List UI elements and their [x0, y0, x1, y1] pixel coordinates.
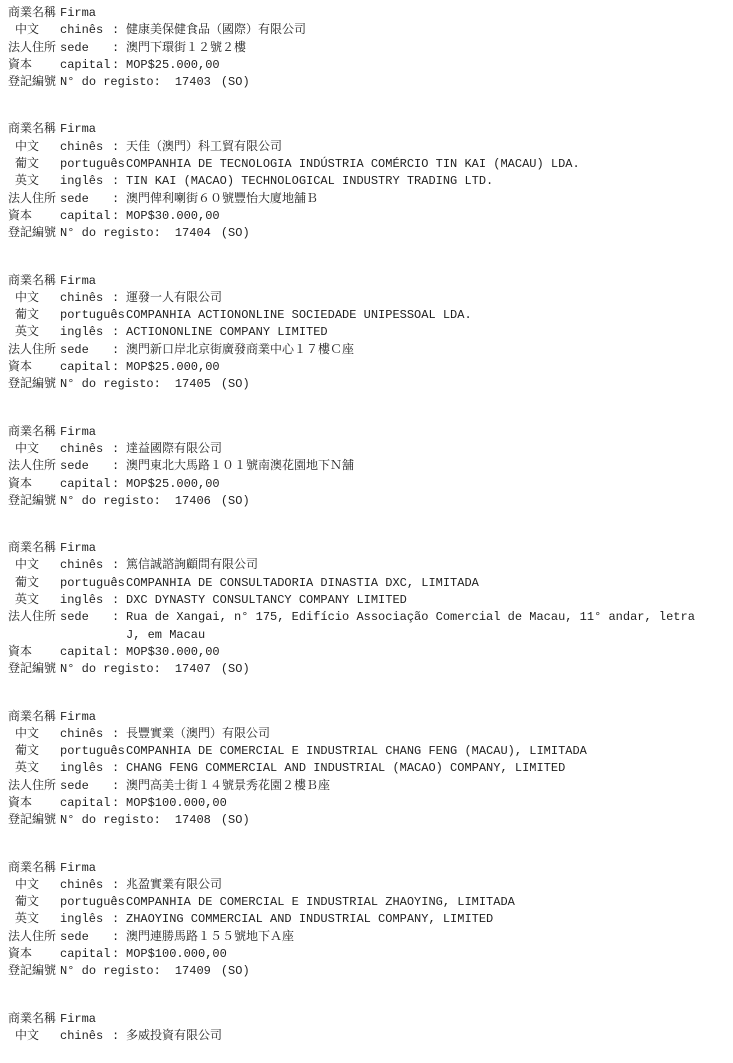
portuguese-label-pt: português: [60, 575, 112, 592]
english-name-value: CHANG FENG COMMERCIAL AND INDUSTRIAL (MA…: [126, 760, 565, 777]
firma-label-zh: 商業名稱: [8, 1011, 60, 1028]
capital-label-zh: 資本: [8, 208, 60, 225]
field-row-english-name: 英文 inglês : CHANG FENG COMMERCIAL AND IN…: [8, 760, 725, 777]
capital-label-zh: 資本: [8, 57, 60, 74]
address-label-pt: sede: [60, 40, 112, 57]
field-row-capital: 資本 capital : MOP$100.000,00: [8, 795, 725, 812]
chinese-name-value: 多威投資有限公司: [126, 1028, 222, 1045]
chinese-label-zh: 中文: [8, 726, 60, 743]
registry-entry: 商業名稱 Firma 中文 chinês : 運發一人有限公司 葡文 portu…: [8, 273, 725, 394]
chinese-label-pt: chinês: [60, 877, 112, 894]
english-label-zh: 英文: [8, 760, 60, 777]
english-label-pt: inglês: [60, 760, 112, 777]
field-row-chinese-name: 中文 chinês : 長豐實業（澳門）有限公司: [8, 726, 725, 743]
field-row-registration: 登記編號 N° do registo: 17405 (SO): [8, 376, 725, 393]
registration-label-pt: N° do registo:: [60, 963, 161, 980]
portuguese-label-pt: português: [60, 743, 112, 760]
capital-label-pt: capital: [60, 476, 112, 493]
chinese-label-zh: 中文: [8, 139, 60, 156]
portuguese-name-value: COMPANHIA DE COMERCIAL E INDUSTRIAL ZHAO…: [126, 894, 515, 911]
field-row-portuguese-name: 葡文 português : COMPANHIA DE CONSULTADORI…: [8, 575, 725, 592]
field-row-capital: 資本 capital : MOP$30.000,00: [8, 644, 725, 661]
chinese-label-zh: 中文: [8, 22, 60, 39]
address-label-zh: 法人住所: [8, 778, 60, 795]
address-label-zh: 法人住所: [8, 929, 60, 946]
field-row-firma: 商業名稱 Firma: [8, 709, 725, 726]
chinese-label-pt: chinês: [60, 290, 112, 307]
separator: :: [112, 359, 120, 376]
field-row-firma: 商業名稱 Firma: [8, 540, 725, 557]
separator: :: [112, 894, 120, 911]
english-label-zh: 英文: [8, 592, 60, 609]
chinese-label-pt: chinês: [60, 441, 112, 458]
address-label-zh: 法人住所: [8, 191, 60, 208]
separator: :: [112, 929, 120, 946]
field-row-firma: 商業名稱 Firma: [8, 860, 725, 877]
portuguese-name-value: COMPANHIA DE TECNOLOGIA INDÚSTRIA COMÉRC…: [126, 156, 580, 173]
field-row-chinese-name: 中文 chinês : 達益國際有限公司: [8, 441, 725, 458]
separator: :: [112, 877, 120, 894]
address-value: 澳門高美士街１４號景秀花園２樓Ｂ座: [126, 778, 330, 795]
english-label-zh: 英文: [8, 173, 60, 190]
registration-label-zh: 登記編號: [8, 661, 56, 678]
field-row-chinese-name: 中文 chinês : 兆盈實業有限公司: [8, 877, 725, 894]
registration-label-pt: N° do registo:: [60, 661, 161, 678]
address-value: 澳門新口岸北京街廣發商業中心１７樓Ｃ座: [126, 342, 354, 359]
separator: :: [112, 40, 120, 57]
separator: :: [112, 778, 120, 795]
portuguese-label-pt: português: [60, 156, 112, 173]
firma-label-pt: Firma: [60, 121, 112, 138]
portuguese-label-zh: 葡文: [8, 743, 60, 760]
separator: :: [112, 441, 120, 458]
address-value: 澳門俾利喇街６０號豐怡大廈地舖Ｂ: [126, 191, 318, 208]
field-row-portuguese-name: 葡文 português : COMPANHIA DE COMERCIAL E …: [8, 743, 725, 760]
firma-label-pt: Firma: [60, 5, 112, 22]
address-label-zh: 法人住所: [8, 458, 60, 475]
registration-suffix: (SO): [221, 493, 250, 510]
field-row-chinese-name: 中文 chinês : 健康美保健食品（國際）有限公司: [8, 22, 725, 39]
separator: :: [112, 592, 120, 609]
english-label-pt: inglês: [60, 173, 112, 190]
registry-entry: 商業名稱 Firma 中文 chinês : 達益國際有限公司 法人住所 sed…: [8, 424, 725, 510]
separator: :: [112, 290, 120, 307]
registration-label-zh: 登記編號: [8, 74, 56, 91]
address-value: 澳門東北大馬路１０１號南澳花園地下Ｎ舖: [126, 458, 354, 475]
field-row-address: 法人住所 sede : 澳門東北大馬路１０１號南澳花園地下Ｎ舖: [8, 458, 725, 475]
field-row-capital: 資本 capital : MOP$25.000,00: [8, 476, 725, 493]
address-label-zh: 法人住所: [8, 609, 60, 626]
separator: :: [112, 946, 120, 963]
capital-label-zh: 資本: [8, 359, 60, 376]
separator: :: [112, 57, 120, 74]
address-label-zh: 法人住所: [8, 40, 60, 57]
capital-label-pt: capital: [60, 57, 112, 74]
firma-label-zh: 商業名稱: [8, 860, 60, 877]
field-row-registration: 登記編號 N° do registo: 17408 (SO): [8, 812, 725, 829]
separator: :: [112, 191, 120, 208]
firma-label-zh: 商業名稱: [8, 273, 60, 290]
firma-label-zh: 商業名稱: [8, 5, 60, 22]
portuguese-label-pt: português: [60, 894, 112, 911]
address-label-zh: 法人住所: [8, 342, 60, 359]
field-row-chinese-name: 中文 chinês : 多威投資有限公司: [8, 1028, 725, 1045]
capital-label-zh: 資本: [8, 795, 60, 812]
field-row-address: 法人住所 sede : Rua de Xangai, n° 175, Edifí…: [8, 609, 725, 644]
capital-label-zh: 資本: [8, 476, 60, 493]
portuguese-label-zh: 葡文: [8, 575, 60, 592]
field-row-address: 法人住所 sede : 澳門俾利喇街６０號豐怡大廈地舖Ｂ: [8, 191, 725, 208]
chinese-label-zh: 中文: [8, 441, 60, 458]
portuguese-label-zh: 葡文: [8, 307, 60, 324]
separator: :: [112, 476, 120, 493]
firma-label-pt: Firma: [60, 424, 112, 441]
chinese-label-pt: chinês: [60, 139, 112, 156]
registry-entry: 商業名稱 Firma 中文 chinês : 兆盈實業有限公司 葡文 portu…: [8, 860, 725, 981]
chinese-label-zh: 中文: [8, 290, 60, 307]
firma-label-pt: Firma: [60, 540, 112, 557]
field-row-firma: 商業名稱 Firma: [8, 5, 725, 22]
separator: :: [112, 307, 120, 324]
field-row-capital: 資本 capital : MOP$100.000,00: [8, 946, 725, 963]
registration-number: 17404: [175, 225, 211, 242]
field-row-registration: 登記編號 N° do registo: 17409 (SO): [8, 963, 725, 980]
field-row-english-name: 英文 inglês : ZHAOYING COMMERCIAL AND INDU…: [8, 911, 725, 928]
firma-label-pt: Firma: [60, 273, 112, 290]
field-row-chinese-name: 中文 chinês : 天佳（澳門）科工貿有限公司: [8, 139, 725, 156]
chinese-name-value: 運發一人有限公司: [126, 290, 222, 307]
registration-label-zh: 登記編號: [8, 376, 56, 393]
registration-label-pt: N° do registo:: [60, 74, 161, 91]
firma-label-zh: 商業名稱: [8, 709, 60, 726]
separator: :: [112, 609, 120, 626]
english-label-pt: inglês: [60, 324, 112, 341]
registration-suffix: (SO): [221, 963, 250, 980]
chinese-label-pt: chinês: [60, 557, 112, 574]
capital-label-pt: capital: [60, 208, 112, 225]
registration-label-zh: 登記編號: [8, 963, 56, 980]
capital-label-pt: capital: [60, 644, 112, 661]
firma-label-zh: 商業名稱: [8, 121, 60, 138]
capital-label-pt: capital: [60, 946, 112, 963]
field-row-english-name: 英文 inglês : ACTIONONLINE COMPANY LIMITED: [8, 324, 725, 341]
separator: :: [112, 575, 120, 592]
english-label-pt: inglês: [60, 911, 112, 928]
capital-label-pt: capital: [60, 359, 112, 376]
field-row-english-name: 英文 inglês : TIN KAI (MACAO) TECHNOLOGICA…: [8, 173, 725, 190]
registration-suffix: (SO): [221, 376, 250, 393]
field-row-firma: 商業名稱 Firma: [8, 1011, 725, 1028]
registration-number: 17406: [175, 493, 211, 510]
separator: :: [112, 156, 120, 173]
field-row-portuguese-name: 葡文 português : COMPANHIA DE COMERCIAL E …: [8, 894, 725, 911]
registration-label-pt: N° do registo:: [60, 376, 161, 393]
separator: :: [112, 22, 120, 39]
capital-label-zh: 資本: [8, 644, 60, 661]
registration-label-pt: N° do registo:: [60, 225, 161, 242]
field-row-registration: 登記編號 N° do registo: 17404 (SO): [8, 225, 725, 242]
registry-entry: 商業名稱 Firma 中文 chinês : 多威投資有限公司: [8, 1011, 725, 1046]
separator: :: [112, 726, 120, 743]
registration-number: 17407: [175, 661, 211, 678]
separator: :: [112, 911, 120, 928]
field-row-capital: 資本 capital : MOP$25.000,00: [8, 359, 725, 376]
field-row-firma: 商業名稱 Firma: [8, 273, 725, 290]
field-row-firma: 商業名稱 Firma: [8, 121, 725, 138]
capital-label-zh: 資本: [8, 946, 60, 963]
portuguese-name-value: COMPANHIA ACTIONONLINE SOCIEDADE UNIPESS…: [126, 307, 472, 324]
english-name-value: DXC DYNASTY CONSULTANCY COMPANY LIMITED: [126, 592, 407, 609]
registration-suffix: (SO): [221, 661, 250, 678]
field-row-portuguese-name: 葡文 português : COMPANHIA ACTIONONLINE SO…: [8, 307, 725, 324]
capital-value: MOP$100.000,00: [126, 795, 227, 812]
chinese-name-value: 達益國際有限公司: [126, 441, 222, 458]
portuguese-name-value: COMPANHIA DE COMERCIAL E INDUSTRIAL CHAN…: [126, 743, 587, 760]
chinese-label-pt: chinês: [60, 1028, 112, 1045]
registration-number: 17403: [175, 74, 211, 91]
english-label-pt: inglês: [60, 592, 112, 609]
portuguese-name-value: COMPANHIA DE CONSULTADORIA DINASTIA DXC,…: [126, 575, 479, 592]
english-name-value: TIN KAI (MACAO) TECHNOLOGICAL INDUSTRY T…: [126, 173, 493, 190]
portuguese-label-zh: 葡文: [8, 156, 60, 173]
address-label-pt: sede: [60, 929, 112, 946]
address-value: 澳門下環街１２號２樓: [126, 40, 246, 57]
field-row-chinese-name: 中文 chinês : 運發一人有限公司: [8, 290, 725, 307]
field-row-chinese-name: 中文 chinês : 篤信誠諮詢顧問有限公司: [8, 557, 725, 574]
separator: :: [112, 208, 120, 225]
registry-entry: 商業名稱 Firma 中文 chinês : 健康美保健食品（國際）有限公司 法…: [8, 5, 725, 91]
field-row-firma: 商業名稱 Firma: [8, 424, 725, 441]
field-row-capital: 資本 capital : MOP$25.000,00: [8, 57, 725, 74]
separator: :: [112, 760, 120, 777]
english-label-zh: 英文: [8, 911, 60, 928]
field-row-capital: 資本 capital : MOP$30.000,00: [8, 208, 725, 225]
capital-label-pt: capital: [60, 795, 112, 812]
separator: :: [112, 557, 120, 574]
document-page: 商業名稱 Firma 中文 chinês : 健康美保健食品（國際）有限公司 法…: [0, 0, 733, 1045]
registration-label-pt: N° do registo:: [60, 493, 161, 510]
capital-value: MOP$30.000,00: [126, 208, 220, 225]
address-label-pt: sede: [60, 458, 112, 475]
field-row-registration: 登記編號 N° do registo: 17403 (SO): [8, 74, 725, 91]
separator: :: [112, 743, 120, 760]
address-label-pt: sede: [60, 778, 112, 795]
portuguese-label-pt: português: [60, 307, 112, 324]
address-label-pt: sede: [60, 191, 112, 208]
registration-number: 17409: [175, 963, 211, 980]
registration-label-zh: 登記編號: [8, 493, 56, 510]
english-name-value: ZHAOYING COMMERCIAL AND INDUSTRIAL COMPA…: [126, 911, 493, 928]
firma-label-pt: Firma: [60, 860, 112, 877]
field-row-english-name: 英文 inglês : DXC DYNASTY CONSULTANCY COMP…: [8, 592, 725, 609]
separator: :: [112, 795, 120, 812]
registration-suffix: (SO): [221, 812, 250, 829]
chinese-label-pt: chinês: [60, 22, 112, 39]
chinese-name-value: 天佳（澳門）科工貿有限公司: [126, 139, 282, 156]
registration-label-zh: 登記編號: [8, 225, 56, 242]
firma-label-pt: Firma: [60, 709, 112, 726]
registry-entry: 商業名稱 Firma 中文 chinês : 篤信誠諮詢顧問有限公司 葡文 po…: [8, 540, 725, 678]
chinese-label-zh: 中文: [8, 877, 60, 894]
capital-value: MOP$25.000,00: [126, 57, 220, 74]
english-label-zh: 英文: [8, 324, 60, 341]
address-label-pt: sede: [60, 609, 112, 626]
capital-value: MOP$25.000,00: [126, 359, 220, 376]
capital-value: MOP$100.000,00: [126, 946, 227, 963]
chinese-label-pt: chinês: [60, 726, 112, 743]
field-row-address: 法人住所 sede : 澳門連勝馬路１５５號地下Ａ座: [8, 929, 725, 946]
address-label-pt: sede: [60, 342, 112, 359]
registration-number: 17408: [175, 812, 211, 829]
field-row-address: 法人住所 sede : 澳門高美士街１４號景秀花園２樓Ｂ座: [8, 778, 725, 795]
separator: :: [112, 1028, 120, 1045]
english-name-value: ACTIONONLINE COMPANY LIMITED: [126, 324, 328, 341]
field-row-address: 法人住所 sede : 澳門新口岸北京街廣發商業中心１７樓Ｃ座: [8, 342, 725, 359]
registration-label-pt: N° do registo:: [60, 812, 161, 829]
field-row-registration: 登記編號 N° do registo: 17406 (SO): [8, 493, 725, 510]
separator: :: [112, 139, 120, 156]
chinese-name-value: 篤信誠諮詢顧問有限公司: [126, 557, 258, 574]
separator: :: [112, 324, 120, 341]
chinese-label-zh: 中文: [8, 1028, 60, 1045]
registration-suffix: (SO): [221, 74, 250, 91]
firma-label-zh: 商業名稱: [8, 424, 60, 441]
firma-label-zh: 商業名稱: [8, 540, 60, 557]
chinese-name-value: 長豐實業（澳門）有限公司: [126, 726, 270, 743]
separator: :: [112, 173, 120, 190]
registration-suffix: (SO): [221, 225, 250, 242]
chinese-name-value: 健康美保健食品（國際）有限公司: [126, 22, 306, 39]
chinese-label-zh: 中文: [8, 557, 60, 574]
address-value: Rua de Xangai, n° 175, Edifício Associaç…: [126, 609, 704, 644]
separator: :: [112, 644, 120, 661]
chinese-name-value: 兆盈實業有限公司: [126, 877, 222, 894]
field-row-address: 法人住所 sede : 澳門下環街１２號２樓: [8, 40, 725, 57]
separator: :: [112, 458, 120, 475]
registry-entry: 商業名稱 Firma 中文 chinês : 天佳（澳門）科工貿有限公司 葡文 …: [8, 121, 725, 242]
field-row-registration: 登記編號 N° do registo: 17407 (SO): [8, 661, 725, 678]
registry-entry: 商業名稱 Firma 中文 chinês : 長豐實業（澳門）有限公司 葡文 p…: [8, 709, 725, 830]
firma-label-pt: Firma: [60, 1011, 112, 1028]
portuguese-label-zh: 葡文: [8, 894, 60, 911]
separator: :: [112, 342, 120, 359]
registration-label-zh: 登記編號: [8, 812, 56, 829]
capital-value: MOP$30.000,00: [126, 644, 220, 661]
field-row-portuguese-name: 葡文 português : COMPANHIA DE TECNOLOGIA I…: [8, 156, 725, 173]
registration-number: 17405: [175, 376, 211, 393]
capital-value: MOP$25.000,00: [126, 476, 220, 493]
address-value: 澳門連勝馬路１５５號地下Ａ座: [126, 929, 294, 946]
